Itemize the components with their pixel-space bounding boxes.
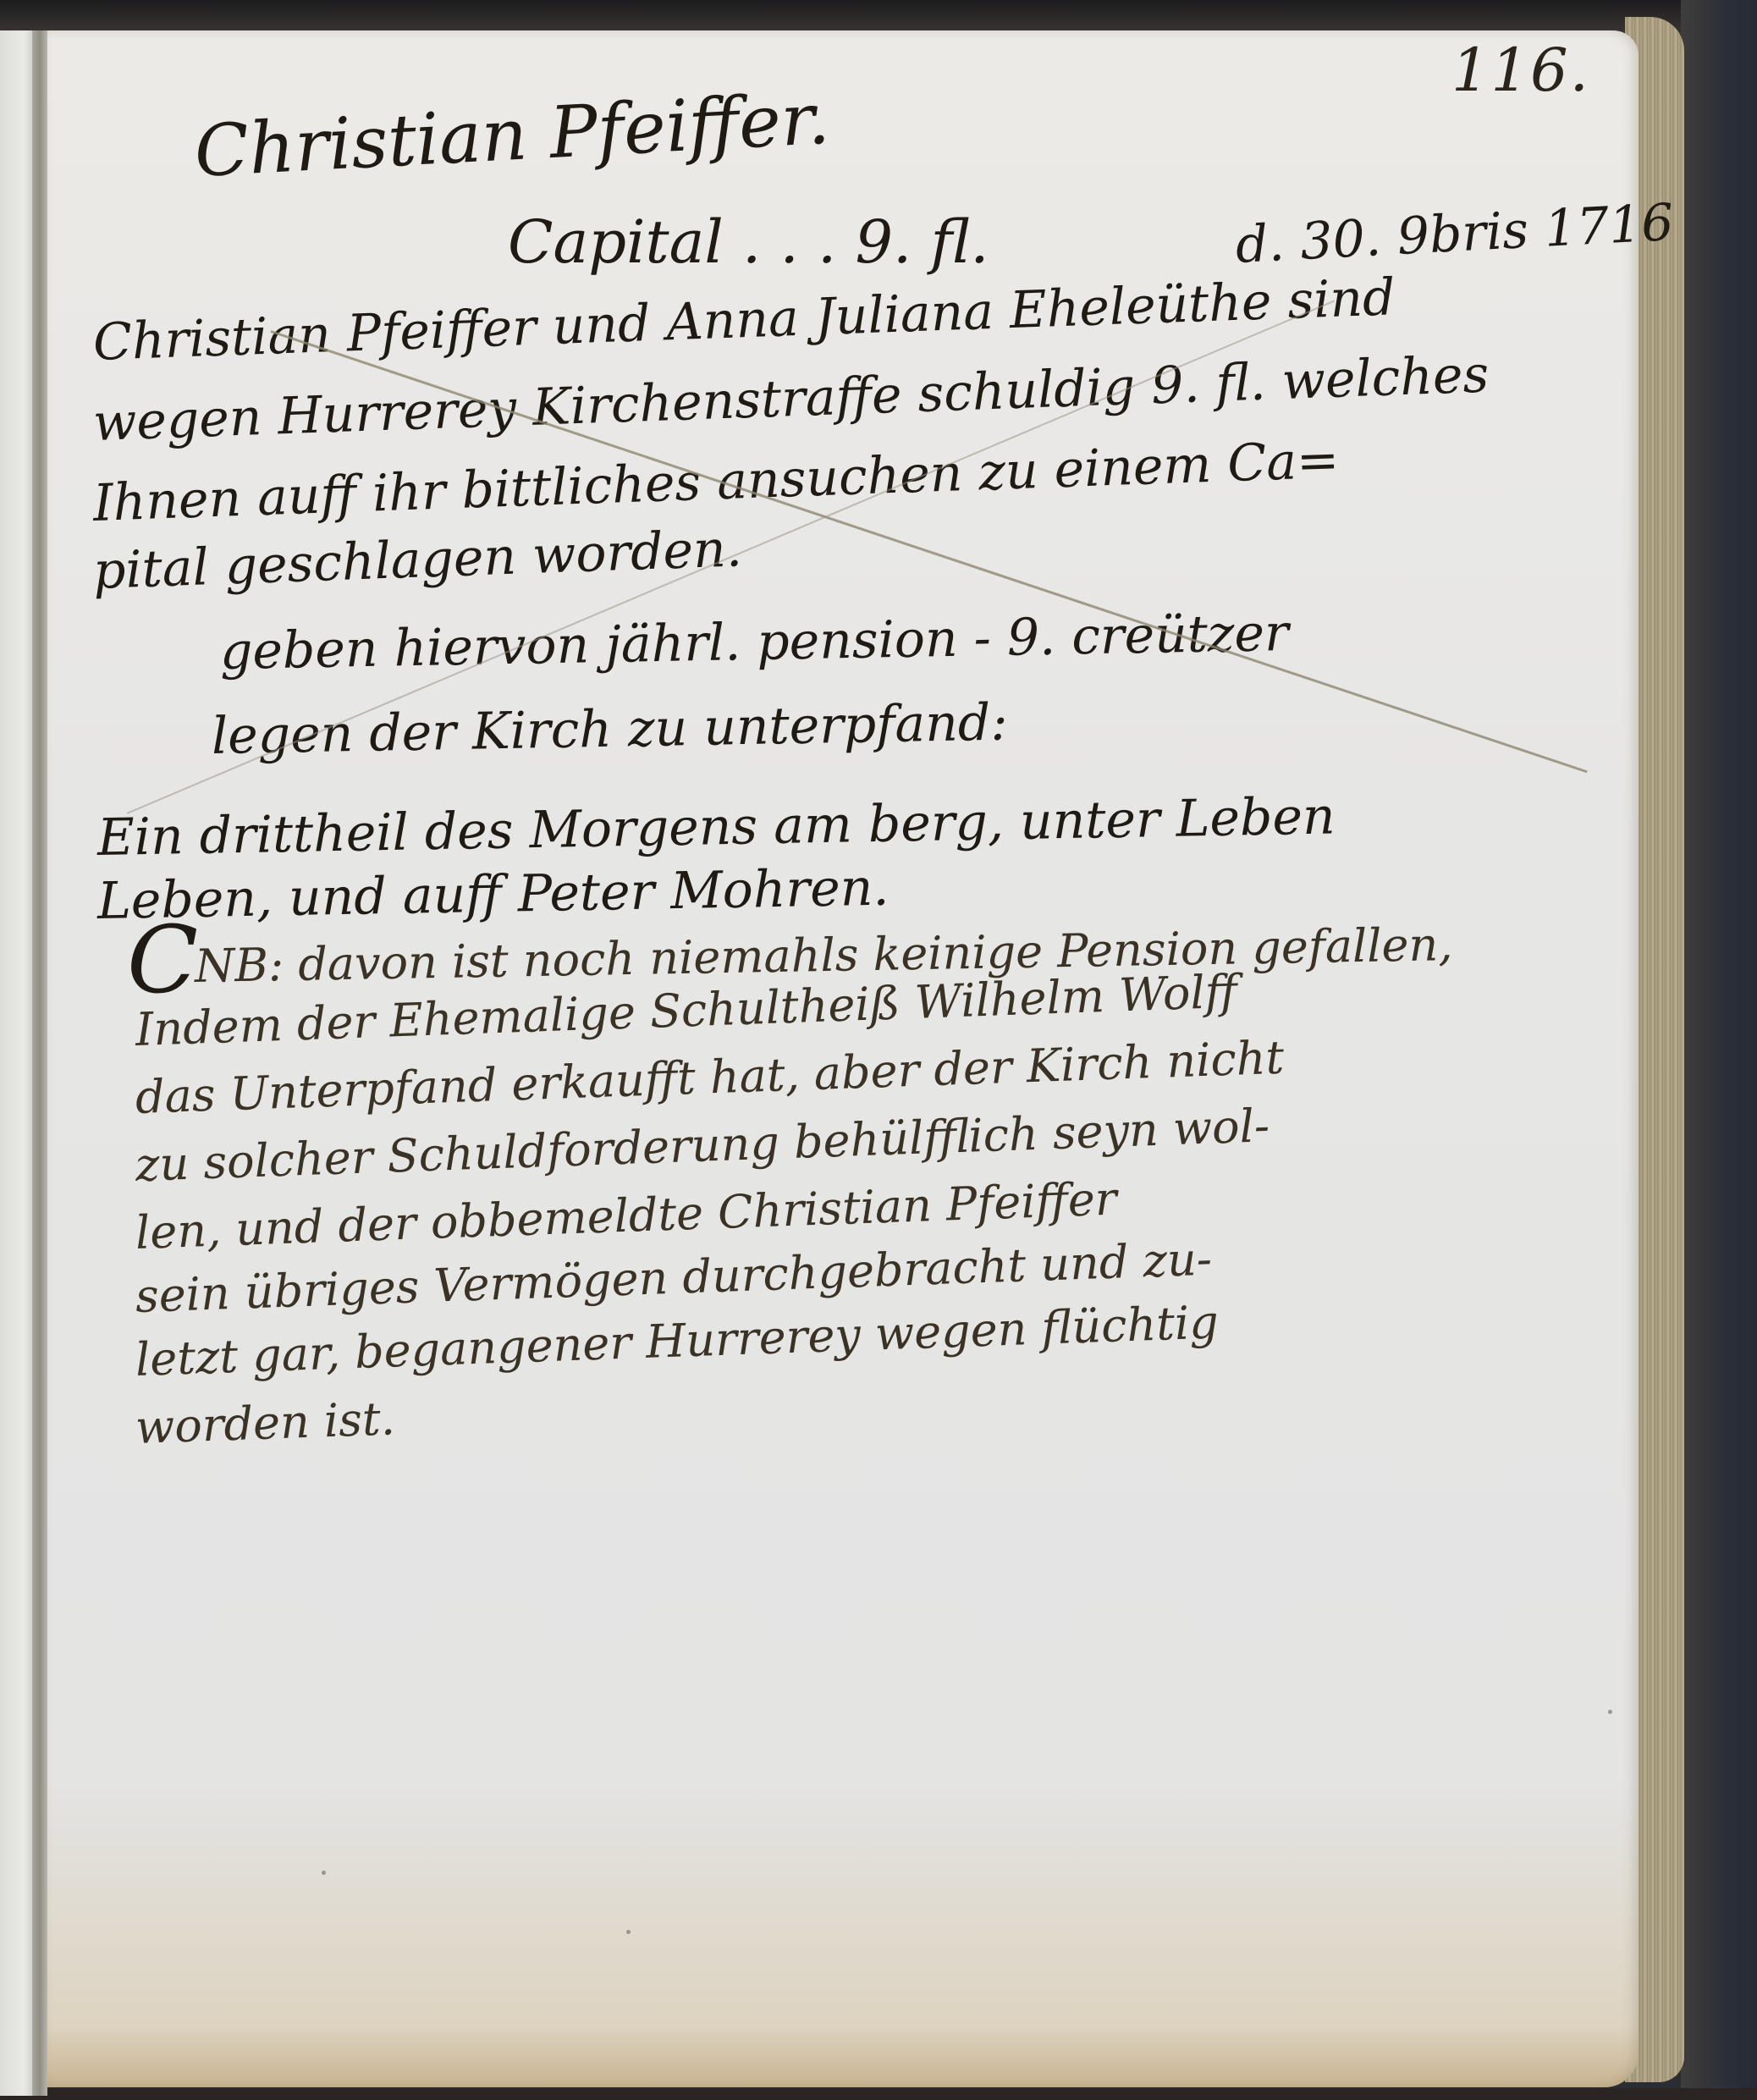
paper-speck (626, 1930, 631, 1934)
facing-page-edge (0, 30, 34, 2096)
text-line-16: worden ist. (135, 1392, 396, 1454)
book-cover-right (1681, 0, 1757, 2100)
folio-number: 116. (1451, 36, 1590, 105)
paper-speck (1608, 1710, 1612, 1714)
margin-initial: C (127, 906, 198, 1014)
book-gutter (32, 30, 47, 2096)
capital-label: Capital . . . 9. fl. (508, 207, 989, 277)
paper-speck (322, 1871, 326, 1875)
book-cover-bottom (0, 2088, 1757, 2100)
book-cover-top (0, 0, 1757, 34)
